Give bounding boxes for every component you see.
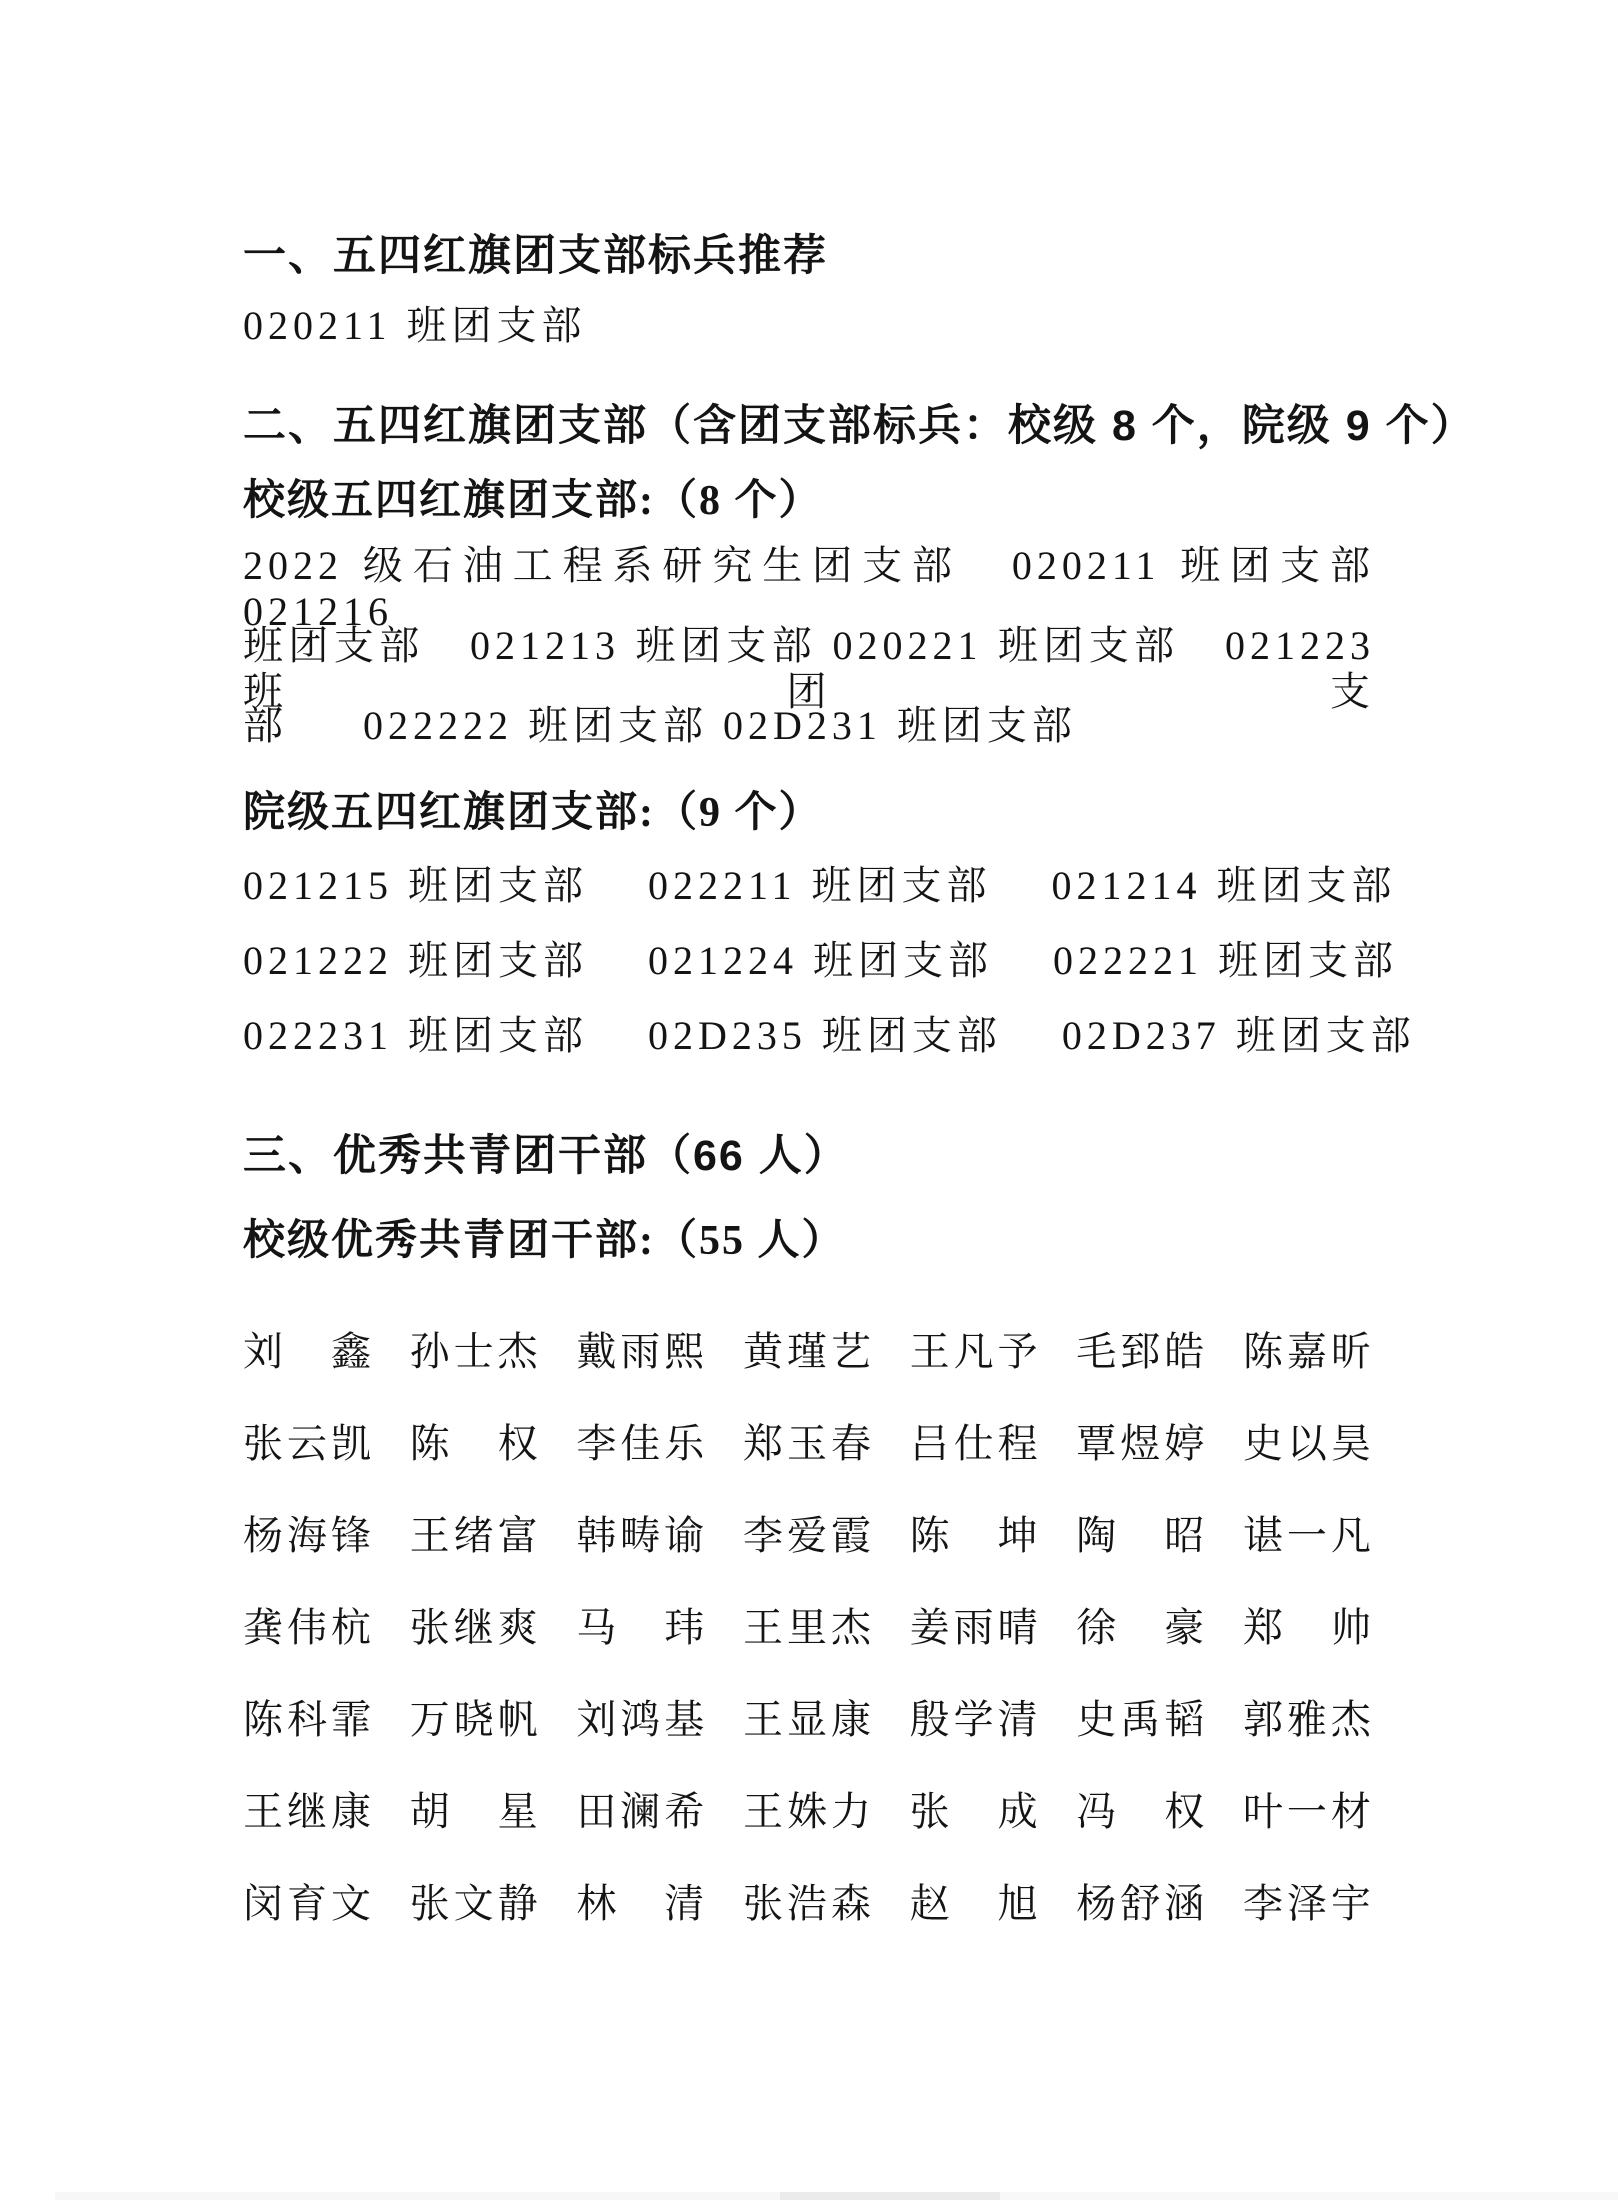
name-item: 张云凯	[243, 1421, 375, 1467]
name-item: 张文静	[410, 1881, 542, 1927]
name-row-6: 王继康胡 星田澜希王姝力张 成冯 权叶一材	[243, 1789, 1375, 1835]
name-item: 胡 星	[410, 1789, 542, 1835]
name-item: 陈嘉昕	[1243, 1329, 1375, 1375]
name-item: 王继康	[243, 1789, 375, 1835]
name-item: 陈 坤	[910, 1513, 1042, 1559]
page-bottom-edge-middle	[780, 2192, 1000, 2200]
name-item: 王凡予	[910, 1329, 1042, 1375]
name-item: 李泽宇	[1243, 1881, 1375, 1927]
name-item: 杨舒涵	[1076, 1881, 1208, 1927]
school-level-line-3: 部 022222 班团支部 02D231 班团支部	[243, 703, 1375, 749]
name-item: 林 清	[576, 1881, 708, 1927]
name-item: 毛郅皓	[1076, 1329, 1208, 1375]
name-item: 陶 昭	[1076, 1513, 1208, 1559]
name-item: 王姝力	[743, 1789, 875, 1835]
name-item: 刘 鑫	[243, 1329, 375, 1375]
college-level-line-1: 021215 班团支部 022211 班团支部 021214 班团支部	[243, 863, 1375, 909]
name-row-4: 龚伟杭张继爽马 玮王里杰姜雨晴徐 豪郑 帅	[243, 1605, 1375, 1651]
name-item: 史以昊	[1243, 1421, 1375, 1467]
name-item: 杨海锋	[243, 1513, 375, 1559]
school-level-line-1: 2022 级石油工程系研究生团支部 020211 班团支部 021216	[243, 543, 1375, 635]
name-item: 徐 豪	[1076, 1605, 1208, 1651]
name-item: 史禹韬	[1076, 1697, 1208, 1743]
page-bottom-edge-left	[55, 2192, 780, 2200]
name-item: 姜雨晴	[910, 1605, 1042, 1651]
name-item: 张浩森	[743, 1881, 875, 1927]
name-item: 陈 权	[410, 1421, 542, 1467]
name-item: 吕仕程	[910, 1421, 1042, 1467]
name-item: 龚伟杭	[243, 1605, 375, 1651]
name-item: 万晓帆	[410, 1697, 542, 1743]
name-item: 陈科霏	[243, 1697, 375, 1743]
section2-heading: 二、五四红旗团支部（含团支部标兵：校级 8 个，院级 9 个）	[243, 403, 1375, 449]
name-item: 马 玮	[576, 1605, 708, 1651]
section1-heading: 一、五四红旗团支部标兵推荐	[243, 233, 1375, 279]
name-row-1: 刘 鑫孙士杰戴雨熙黄瑾艺王凡予毛郅皓陈嘉昕	[243, 1329, 1375, 1375]
section3-heading: 三、优秀共青团干部（66 人）	[243, 1133, 1375, 1179]
college-level-line-3: 022231 班团支部 02D235 班团支部 02D237 班团支部	[243, 1013, 1375, 1059]
page-bottom-edge-right	[1000, 2192, 1618, 2200]
name-item: 孙士杰	[410, 1329, 542, 1375]
name-item: 叶一材	[1243, 1789, 1375, 1835]
name-item: 郑 帅	[1243, 1605, 1375, 1651]
name-item: 郑玉春	[743, 1421, 875, 1467]
college-level-subheading: 院级五四红旗团支部:（9 个）	[243, 790, 1375, 836]
name-row-2: 张云凯陈 权李佳乐郑玉春吕仕程覃煜婷史以昊	[243, 1421, 1375, 1467]
cadre-subheading: 校级优秀共青团干部:（55 人）	[243, 1218, 1375, 1264]
school-level-line-2: 班团支部 021213 班团支部 020221 班团支部 021223 班团支	[243, 623, 1375, 715]
name-item: 戴雨熙	[576, 1329, 708, 1375]
name-row-5: 陈科霏万晓帆刘鸿基王显康殷学清史禹韬郭雅杰	[243, 1697, 1375, 1743]
section1-body: 020211 班团支部	[243, 303, 1375, 349]
name-item: 张 成	[910, 1789, 1042, 1835]
name-row-3: 杨海锋王绪富韩畴谕李爱霞陈 坤陶 昭谌一凡	[243, 1513, 1375, 1559]
name-row-7: 闵育文张文静林 清张浩森赵 旭杨舒涵李泽宇	[243, 1881, 1375, 1927]
name-item: 冯 权	[1076, 1789, 1208, 1835]
college-level-line-2: 021222 班团支部 021224 班团支部 022221 班团支部	[243, 938, 1375, 984]
name-item: 闵育文	[243, 1881, 375, 1927]
name-item: 韩畴谕	[576, 1513, 708, 1559]
name-item: 郭雅杰	[1243, 1697, 1375, 1743]
name-item: 田澜希	[576, 1789, 708, 1835]
name-item: 李爱霞	[743, 1513, 875, 1559]
name-item: 李佳乐	[576, 1421, 708, 1467]
name-item: 王绪富	[410, 1513, 542, 1559]
name-item: 覃煜婷	[1076, 1421, 1208, 1467]
name-item: 殷学清	[910, 1697, 1042, 1743]
name-item: 张继爽	[410, 1605, 542, 1651]
name-item: 王里杰	[743, 1605, 875, 1651]
document-page: 一、五四红旗团支部标兵推荐 020211 班团支部 二、五四红旗团支部（含团支部…	[0, 0, 1618, 2200]
name-item: 赵 旭	[910, 1881, 1042, 1927]
name-item: 刘鸿基	[576, 1697, 708, 1743]
school-level-subheading: 校级五四红旗团支部:（8 个）	[243, 478, 1375, 524]
name-item: 黄瑾艺	[743, 1329, 875, 1375]
name-item: 王显康	[743, 1697, 875, 1743]
name-item: 谌一凡	[1243, 1513, 1375, 1559]
